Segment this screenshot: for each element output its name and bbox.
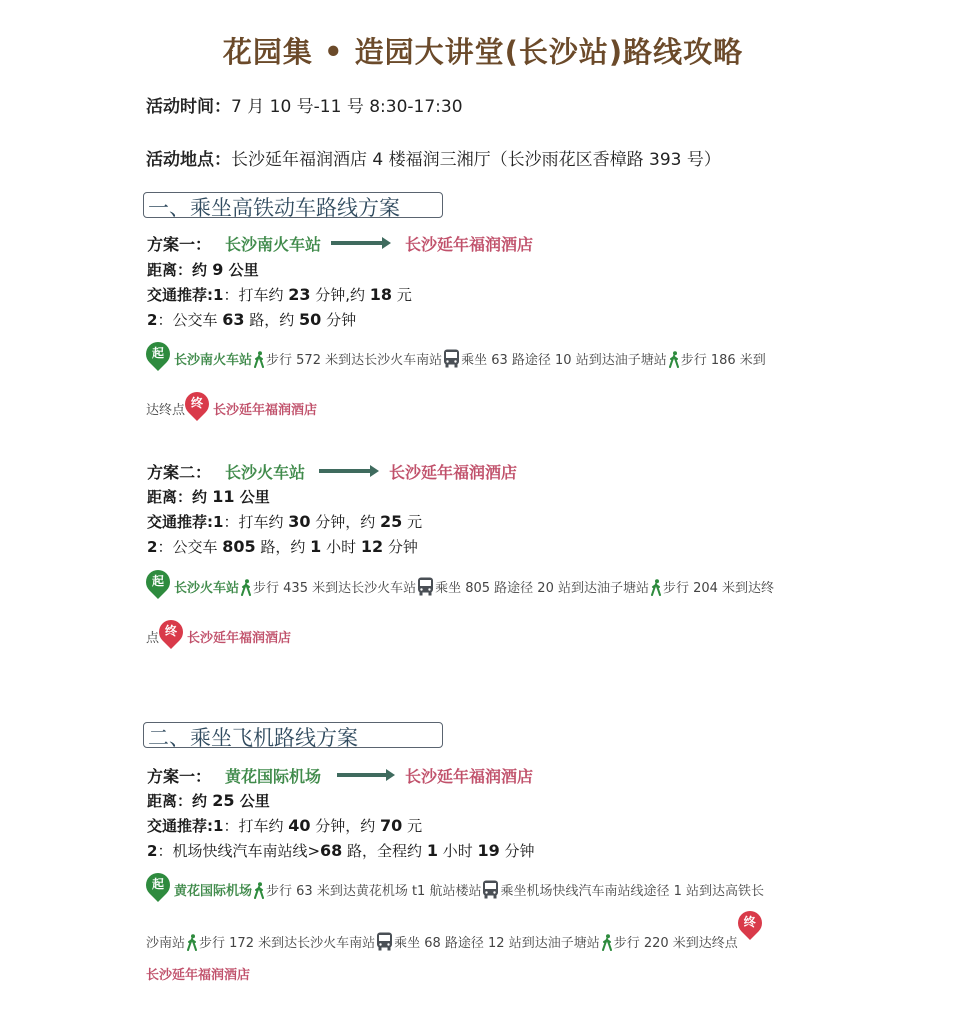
bus-hours: 1 (310, 537, 321, 556)
route-steps: 起黄花国际机场步行 63 米到达黄花机场 t1 航站楼站乘坐机场快线汽车南站线途… (146, 873, 764, 903)
bus-route: 805 (222, 537, 255, 556)
rec-text: 分钟，约 (310, 513, 380, 531)
rec-text: 小时 (321, 538, 361, 556)
plan-rec-taxi: 交通推荐:1：打车约 40 分钟，约 70 元 (147, 815, 422, 836)
route-step: 达终点 (146, 403, 185, 418)
bus-minutes: 19 (478, 841, 500, 860)
section-heading-text: 二、乘坐飞机路线方案 (148, 722, 358, 752)
taxi-fare: 18 (370, 285, 392, 304)
plan-distance: 距离：约 11 公里 (147, 486, 270, 507)
plan-destination: 长沙延年福润酒店 (405, 764, 533, 787)
plan-rec-taxi: 交通推荐:1：打车约 30 分钟，约 25 元 (147, 511, 422, 532)
plan-rec-bus: 2：机场快线汽车南站线>68 路，全程约 1 小时 19 分钟 (147, 840, 535, 861)
plan-destination: 长沙延年福润酒店 (405, 232, 533, 255)
rec-text: 元 (392, 286, 412, 304)
taxi-fare: 70 (380, 816, 402, 835)
plan-rec-bus: 2：公交车 805 路，约 1 小时 12 分钟 (147, 536, 418, 557)
arrow-icon (319, 469, 371, 473)
route-start-stop: 黄花国际机场 (174, 884, 252, 899)
event-place-label: 活动地点： (146, 150, 231, 170)
route-step: 步行 435 米到达长沙火车站 (253, 581, 416, 596)
rec-text: ：打车约 (223, 286, 288, 304)
distance-value: 11 (212, 487, 234, 506)
route-guide-page: 花园集 • 造园大讲堂(长沙站)路线攻略 活动时间：7 月 10 号-11 号 … (0, 0, 966, 1028)
walk-icon (650, 579, 662, 596)
plan-label: 方案一： (147, 767, 211, 786)
rec-prefix: 2 (147, 311, 157, 329)
rec-text: ：机场快线汽车南站线> (157, 842, 320, 860)
rec-text: 小时 (438, 842, 478, 860)
taxi-minutes: 23 (288, 285, 310, 304)
distance-unit: 公里 (235, 792, 270, 810)
route-step: 点 (146, 631, 159, 646)
distance-label: 距离：约 (147, 261, 212, 279)
route-step: 乘坐机场快线汽车南站线途径 1 站到达高铁长 (500, 884, 764, 899)
rec-text: 元 (402, 817, 422, 835)
route-steps-end: 长沙延年福润酒店 (146, 964, 250, 994)
distance-label: 距离：约 (147, 488, 212, 506)
start-pin-icon: 起 (146, 873, 172, 899)
rec-text: 路，约 (256, 538, 311, 556)
rec-text: 分钟 (500, 842, 535, 860)
page-title: 花园集 • 造园大讲堂(长沙站)路线攻略 (0, 30, 966, 71)
section-heading-text: 一、乘坐高铁动车路线方案 (148, 192, 400, 222)
plan-rec-taxi: 交通推荐:1：打车约 23 分钟,约 18 元 (147, 284, 412, 305)
rec-text: 路，约 (244, 311, 299, 329)
plan-distance: 距离：约 9 公里 (147, 259, 259, 280)
taxi-minutes: 40 (288, 816, 310, 835)
rec-text: ：公交车 (157, 538, 222, 556)
plan-origin: 黄花国际机场 (225, 764, 321, 787)
rec-text: 分钟,约 (310, 286, 369, 304)
start-pin-icon: 起 (146, 570, 172, 596)
rec-prefix: 交通推荐:1 (147, 817, 223, 835)
bus-icon (482, 880, 499, 899)
rec-text: 分钟 (383, 538, 418, 556)
plan-destination: 长沙延年福润酒店 (389, 460, 517, 483)
event-place-value: 长沙延年福润酒店 4 楼福润三湘厅（长沙雨花区香樟路 393 号） (231, 150, 721, 170)
route-step: 沙南站 (146, 936, 185, 951)
bus-icon (417, 577, 434, 596)
rec-prefix: 2 (147, 538, 157, 556)
event-place: 活动地点：长沙延年福润酒店 4 楼福润三湘厅（长沙雨花区香樟路 393 号） (146, 145, 721, 170)
plan-header: 方案一： 黄花国际机场 长沙延年福润酒店 (147, 764, 211, 786)
walk-icon (240, 579, 252, 596)
arrow-icon (331, 241, 383, 245)
rec-text: 元 (402, 513, 422, 531)
route-steps-cont: 达终点终长沙延年福润酒店 (146, 392, 317, 422)
walk-icon (601, 934, 613, 951)
taxi-minutes: 30 (288, 512, 310, 531)
route-step: 乘坐 68 路途径 12 站到达油子塘站 (394, 936, 600, 951)
plan-label: 方案一： (147, 235, 211, 254)
arrow-icon (337, 773, 387, 777)
event-time-label: 活动时间： (146, 97, 231, 117)
route-steps: 起长沙南火车站步行 572 米到达长沙火车南站乘坐 63 路途径 10 站到达油… (146, 342, 766, 372)
start-pin-icon: 起 (146, 342, 172, 368)
bus-minutes: 50 (299, 310, 321, 329)
rec-text: 路，全程约 (342, 842, 427, 860)
route-start-stop: 长沙南火车站 (174, 353, 252, 368)
rec-text: 分钟，约 (310, 817, 380, 835)
walk-icon (186, 934, 198, 951)
route-steps-cont: 沙南站步行 172 米到达长沙火车南站乘坐 68 路途径 12 站到达油子塘站步… (146, 925, 766, 955)
route-step: 乘坐 63 路途径 10 站到达油子塘站 (461, 353, 667, 368)
plan-distance: 距离：约 25 公里 (147, 790, 270, 811)
bus-route: 68 (320, 841, 342, 860)
route-end-stop: 长沙延年福润酒店 (187, 631, 291, 646)
walk-icon (668, 351, 680, 368)
end-pin-icon: 终 (738, 911, 764, 937)
end-pin-icon: 终 (185, 392, 211, 418)
taxi-fare: 25 (380, 512, 402, 531)
bus-icon (443, 349, 460, 368)
rec-text: ：公交车 (157, 311, 222, 329)
route-step: 步行 186 米到 (681, 353, 766, 368)
plan-header: 方案二： 长沙火车站 长沙延年福润酒店 (147, 460, 211, 482)
event-time-value: 7 月 10 号-11 号 8:30-17:30 (231, 97, 463, 117)
distance-value: 9 (212, 260, 223, 279)
section-heading-flight: 二、乘坐飞机路线方案 (143, 722, 443, 748)
route-step: 步行 220 米到达终点 (614, 936, 738, 951)
route-step: 步行 63 米到达黄花机场 t1 航站楼站 (266, 884, 481, 899)
plan-rec-bus: 2：公交车 63 路，约 50 分钟 (147, 309, 356, 330)
plan-origin: 长沙火车站 (225, 460, 305, 483)
route-steps-cont: 点终长沙延年福润酒店 (146, 620, 291, 650)
route-start-stop: 长沙火车站 (174, 581, 239, 596)
plan-label: 方案二： (147, 463, 211, 482)
event-time: 活动时间：7 月 10 号-11 号 8:30-17:30 (146, 92, 463, 117)
rec-prefix: 2 (147, 842, 157, 860)
plan-header: 方案一： 长沙南火车站 长沙延年福润酒店 (147, 232, 211, 254)
route-end-stop: 长沙延年福润酒店 (213, 403, 317, 418)
end-pin-icon: 终 (159, 620, 185, 646)
route-steps: 起长沙火车站步行 435 米到达长沙火车站乘坐 805 路途径 20 站到达油子… (146, 570, 774, 600)
rec-text: 分钟 (321, 311, 356, 329)
route-step: 步行 172 米到达长沙火车南站 (199, 936, 375, 951)
bus-route: 63 (222, 310, 244, 329)
route-step: 步行 572 米到达长沙火车南站 (266, 353, 442, 368)
plan-origin: 长沙南火车站 (225, 232, 321, 255)
bus-hours: 1 (427, 841, 438, 860)
rec-prefix: 交通推荐:1 (147, 513, 223, 531)
rec-text: ：打车约 (223, 513, 288, 531)
route-step: 乘坐 805 路途径 20 站到达油子塘站 (435, 581, 649, 596)
rec-text: ：打车约 (223, 817, 288, 835)
distance-unit: 公里 (235, 488, 270, 506)
route-end-stop: 长沙延年福润酒店 (146, 968, 250, 983)
walk-icon (253, 882, 265, 899)
distance-unit: 公里 (223, 261, 258, 279)
distance-label: 距离：约 (147, 792, 212, 810)
route-step: 步行 204 米到达终 (663, 581, 774, 596)
bus-minutes: 12 (361, 537, 383, 556)
walk-icon (253, 351, 265, 368)
rec-prefix: 交通推荐:1 (147, 286, 223, 304)
section-heading-train: 一、乘坐高铁动车路线方案 (143, 192, 443, 218)
distance-value: 25 (212, 791, 234, 810)
bus-icon (376, 932, 393, 951)
